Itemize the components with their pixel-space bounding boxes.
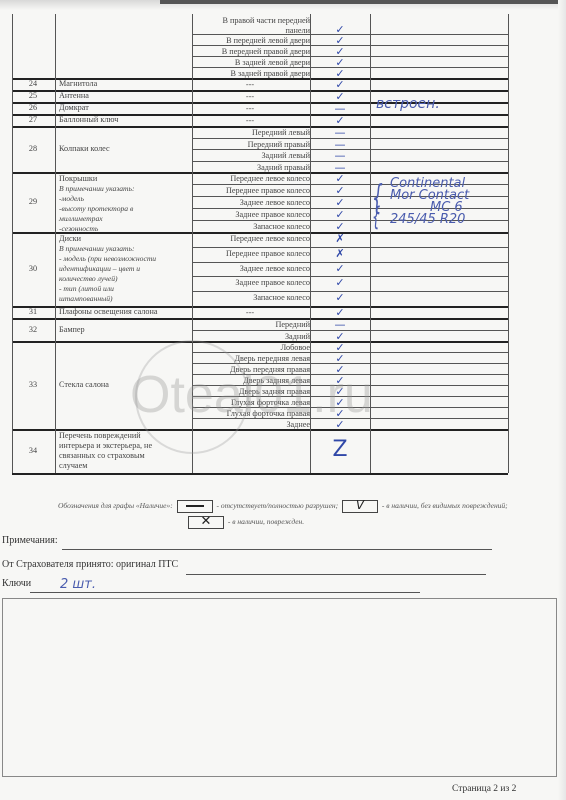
row-hint: -высоту протектора в — [59, 204, 133, 214]
notes-label: Примечания: — [2, 535, 58, 546]
present-mark: ✓ — [310, 292, 370, 303]
legend-absent: - отсутствует/полностью разрушен; — [217, 501, 339, 510]
accepted-label: От Страхователя принято: оригинал ПТС — [2, 559, 178, 570]
empty-value: --- — [192, 308, 308, 318]
sub-item-label: Заднее левое колесо — [194, 264, 310, 274]
watermark: Oteal01.ru — [130, 345, 430, 445]
row-number: 26 — [13, 103, 53, 113]
accepted-field[interactable] — [186, 574, 486, 575]
row-name: Стекла салона — [59, 380, 109, 390]
present-mark: ✓ — [310, 331, 370, 342]
absent-mark: — — [310, 127, 370, 138]
present-mark: ✓ — [310, 91, 370, 102]
legend-present-box: V — [342, 500, 378, 513]
row-hint: - модель (при невозможности — [59, 254, 156, 264]
row-name: Антенна — [59, 91, 89, 101]
row-hint: идентификации – цвет и — [59, 264, 140, 274]
sub-item-label: Заднее правое колесо — [194, 210, 310, 220]
row-number: 25 — [13, 91, 53, 101]
row-name: Диски — [59, 234, 81, 244]
sub-item-label: Заднее левое колесо — [194, 198, 310, 208]
present-mark: ✓ — [310, 79, 370, 90]
present-mark: ✓ — [310, 307, 370, 318]
present-mark: ✓ — [310, 115, 370, 126]
legend-line-1: Обозначения для графы «Наличие»: - отсут… — [58, 500, 508, 513]
sub-item-label: Переднее правое колесо — [194, 186, 310, 196]
sub-item-label: Переднее левое колесо — [194, 174, 310, 184]
row-number: 33 — [13, 380, 53, 390]
absent-mark: — — [310, 150, 370, 161]
sub-item-label: Запасное колесо — [194, 293, 310, 303]
row-hint: миллиметрах — [59, 214, 103, 224]
column-divider — [55, 14, 56, 473]
page-number: Страница 2 из 2 — [452, 784, 516, 794]
damaged-mark: ✗ — [310, 248, 370, 259]
row-hint: - тип (литой или — [59, 284, 114, 294]
row-number: 34 — [13, 446, 53, 456]
row-name: связанных со страховым — [59, 451, 145, 461]
row-number: 27 — [13, 115, 53, 125]
keys-value: 2 шт. — [60, 577, 96, 592]
row-hint: В примечании указать: — [59, 184, 134, 194]
row-number: 30 — [13, 264, 53, 274]
keys-label: Ключи — [2, 578, 31, 589]
row-name: Домкрат — [59, 103, 89, 113]
row-name: Магнитола — [59, 79, 97, 89]
scan-edge-right — [558, 0, 566, 800]
row-hint: В примечании указать: — [59, 244, 134, 254]
absent-mark: — — [310, 139, 370, 150]
present-mark: ✓ — [310, 263, 370, 274]
sub-item-label: Заднее правое колесо — [194, 278, 310, 288]
absent-mark: — — [310, 319, 370, 330]
scan-edge — [160, 0, 566, 4]
row-name: Перечень повреждений — [59, 431, 141, 441]
row-divider — [12, 473, 508, 475]
row-number: 29 — [13, 197, 53, 207]
legend-line-2: ✕ - в наличии, поврежден. — [186, 516, 304, 529]
present-mark: ✓ — [310, 173, 370, 184]
absent-mark: — — [310, 103, 370, 114]
row-hint: -модель — [59, 194, 84, 204]
sub-item-label: Переднее левое колесо — [194, 234, 310, 244]
legend-prefix: Обозначения для графы «Наличие»: — [58, 501, 173, 510]
row-name: Колпаки колес — [59, 144, 110, 154]
brace-icon: { — [372, 202, 380, 232]
empty-value: --- — [192, 92, 308, 102]
sub-item-label: Передний левый — [194, 128, 310, 138]
row-number: 31 — [13, 307, 53, 317]
row-name: случаем — [59, 461, 87, 471]
sub-item-label: В правой части передней — [194, 16, 310, 26]
row-name: Бампер — [59, 325, 85, 335]
legend-damaged: - в наличии, поврежден. — [228, 517, 304, 526]
row-number: 32 — [13, 325, 53, 335]
row-hint: количество лучей) — [59, 274, 118, 284]
empty-value: --- — [192, 116, 308, 126]
present-mark: ✓ — [310, 185, 370, 196]
keys-field[interactable] — [30, 592, 420, 593]
absent-mark: — — [310, 162, 370, 173]
signature-box — [2, 598, 557, 777]
present-mark: ✓ — [310, 277, 370, 288]
present-mark: ✓ — [310, 197, 370, 208]
sub-item-label: Передний — [194, 320, 310, 330]
legend-present: - в наличии, без видимых повреждений; — [382, 501, 508, 510]
empty-value: --- — [192, 104, 308, 114]
row-name: Покрышки — [59, 174, 97, 184]
row-name: Баллонный ключ — [59, 115, 118, 125]
notes-field[interactable] — [62, 549, 492, 550]
handwritten-note: 245/45 R20 — [390, 212, 465, 227]
column-divider — [508, 14, 509, 473]
row-hint: штампованный) — [59, 294, 113, 304]
row-name: Плафоны освещения салона — [59, 307, 158, 317]
sub-item-label: Задний — [194, 332, 310, 342]
sub-item-label: Запасное колесо — [194, 222, 310, 232]
present-mark: ✓ — [310, 209, 370, 220]
sub-item-label: Задний левый — [194, 151, 310, 161]
sub-item-label: Задний правый — [194, 163, 310, 173]
legend-absent-box — [177, 500, 213, 513]
empty-value: --- — [192, 80, 308, 90]
sub-item-label: Переднее правое колесо — [194, 249, 310, 259]
legend-damaged-box: ✕ — [188, 516, 224, 529]
damaged-mark: ✗ — [310, 233, 370, 244]
row-number: 28 — [13, 144, 53, 154]
row-number: 24 — [13, 79, 53, 89]
present-mark: ✓ — [310, 221, 370, 232]
sub-item-label: Передний правый — [194, 140, 310, 150]
column-divider — [12, 14, 13, 473]
handwritten-note: встроен. — [376, 96, 440, 112]
